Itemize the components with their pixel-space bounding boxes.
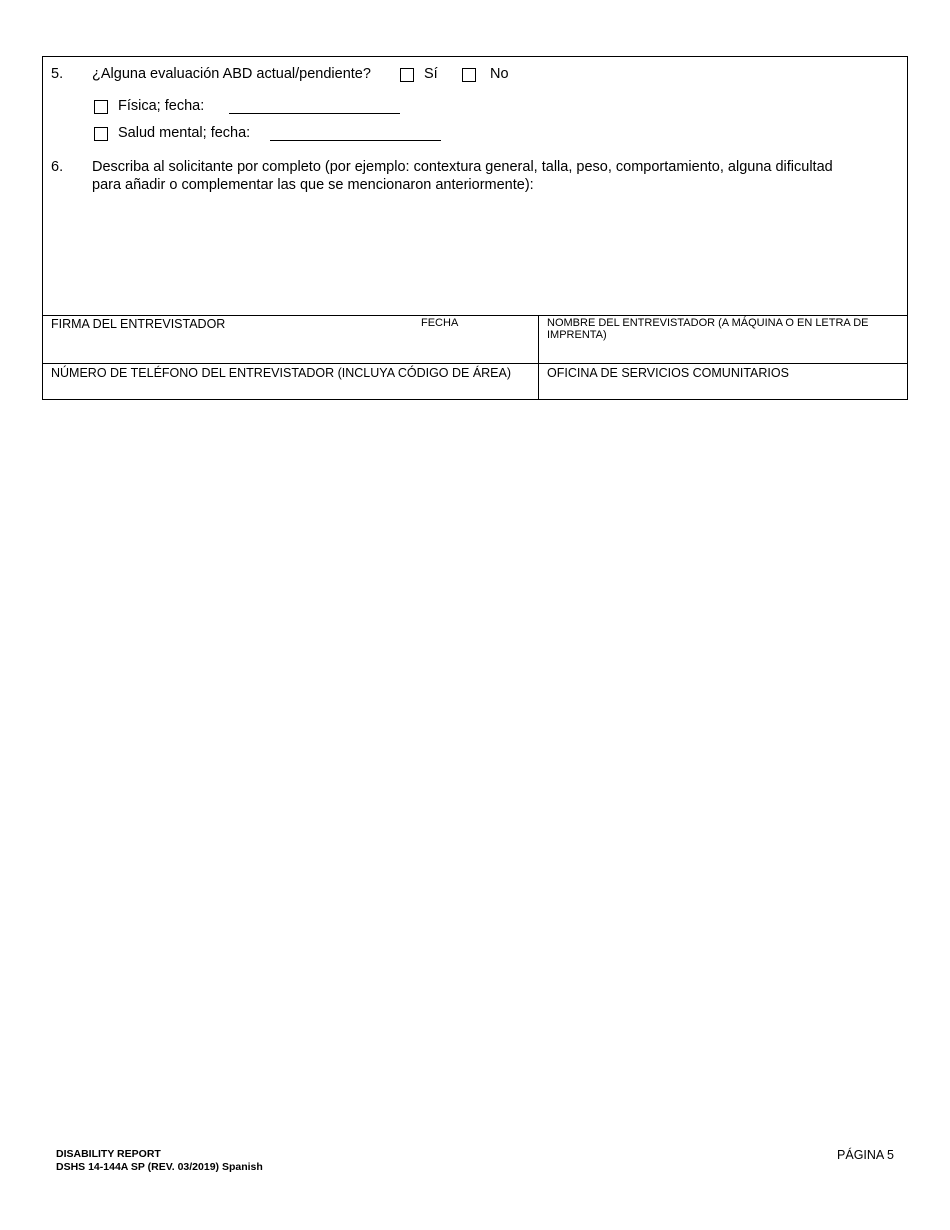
question-5-number: 5. [51, 66, 63, 82]
yes-checkbox[interactable] [400, 68, 414, 82]
fecha-label: FECHA [421, 317, 458, 329]
firma-label: FIRMA DEL ENTREVISTADOR [51, 317, 225, 331]
nombre-label-line2: IMPRENTA) [547, 329, 607, 341]
signature-grid: FIRMA DEL ENTREVISTADOR FECHA NOMBRE DEL… [43, 315, 907, 399]
salud-mental-label: Salud mental; fecha: [118, 125, 250, 141]
question-5-text: ¿Alguna evaluación ABD actual/pendiente? [92, 66, 371, 82]
nombre-label-line1: NOMBRE DEL ENTREVISTADOR (A MÁQUINA O EN… [547, 317, 869, 329]
oficina-label: OFICINA DE SERVICIOS COMUNITARIOS [547, 366, 789, 380]
question-6-number: 6. [51, 159, 63, 175]
fisica-checkbox[interactable] [94, 100, 108, 114]
fisica-date-field[interactable] [229, 113, 400, 114]
telefono-field[interactable]: NÚMERO DE TELÉFONO DEL ENTREVISTADOR (IN… [43, 364, 538, 400]
question-6-text-line1: Describa al solicitante por completo (po… [92, 159, 833, 175]
salud-mental-checkbox[interactable] [94, 127, 108, 141]
oficina-field[interactable]: OFICINA DE SERVICIOS COMUNITARIOS [539, 364, 907, 400]
salud-mental-date-field[interactable] [270, 140, 441, 141]
no-checkbox[interactable] [462, 68, 476, 82]
form-number: DSHS 14-144A SP (REV. 03/2019) Spanish [56, 1161, 263, 1174]
question-6-text-line2: para añadir o complementar las que se me… [92, 177, 534, 193]
form-title: DISABILITY REPORT [56, 1148, 263, 1161]
firma-field[interactable]: FIRMA DEL ENTREVISTADOR [43, 315, 421, 363]
applicant-description-field[interactable] [92, 197, 892, 309]
nombre-field[interactable]: NOMBRE DEL ENTREVISTADOR (A MÁQUINA O EN… [539, 315, 907, 363]
telefono-label: NÚMERO DE TELÉFONO DEL ENTREVISTADOR (IN… [51, 366, 511, 380]
fecha-field[interactable]: FECHA [421, 315, 538, 363]
form-footer: DISABILITY REPORT DSHS 14-144A SP (REV. … [56, 1148, 263, 1174]
no-label: No [490, 66, 509, 82]
page-number: PÁGINA 5 [837, 1148, 894, 1162]
yes-label: Sí [424, 66, 438, 82]
fisica-label: Física; fecha: [118, 98, 204, 114]
interview-form-section: 5. ¿Alguna evaluación ABD actual/pendien… [42, 56, 908, 400]
